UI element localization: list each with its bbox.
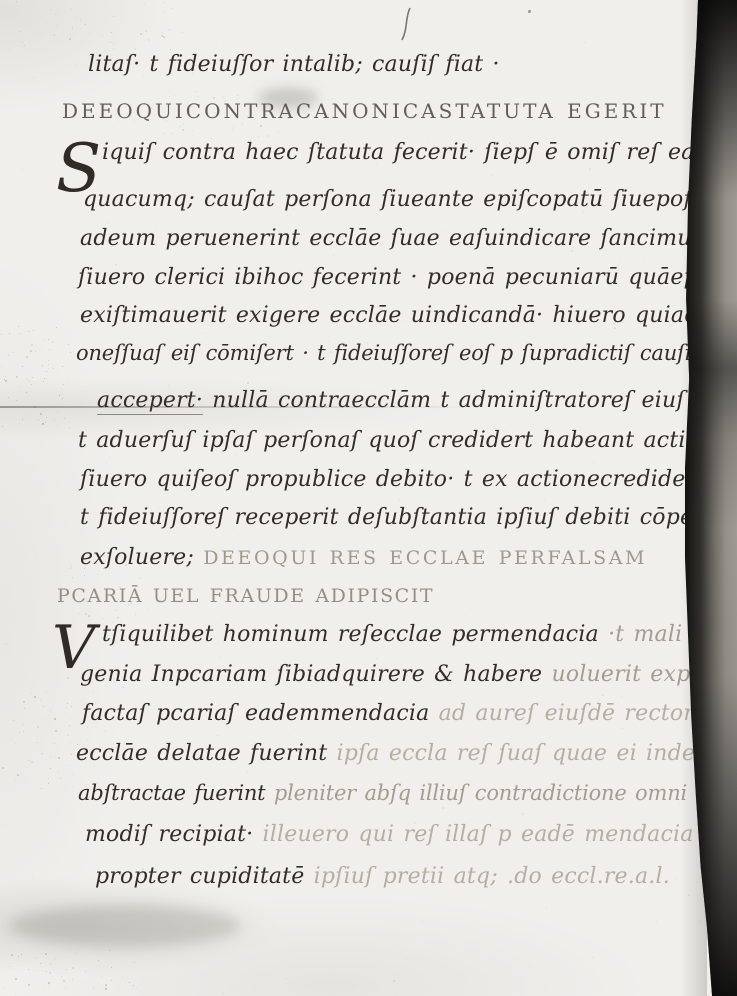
parchment-speck [421,921,423,923]
parchment-speck [69,765,70,766]
parchment-speck [104,107,105,108]
manuscript-line: exſoluere; DEEOQUI RES ECCLAE PERFALSAM [80,545,647,570]
underlined-word: accepert· [97,388,203,415]
parchment-speck [103,568,104,569]
parchment-speck [37,742,38,743]
parchment-speck [708,760,709,761]
parchment-speck [72,967,74,969]
parchment-speck [204,119,205,120]
bottom-smudge [10,905,240,947]
manuscript-line: factaſ pcariaſ eademmendacia ad aureſ ei… [82,701,701,726]
parchment-speck [140,33,142,35]
parchment-speck [40,963,41,964]
parchment-speck [54,718,56,720]
parchment-speck [87,727,88,728]
parchment-speck [397,241,398,242]
parchment-speck [143,75,144,76]
parchment-speck [425,887,426,888]
parchment-speck [439,240,440,241]
manuscript-line: t aduerſuſ ipſaſ perſonaſ quoſ credidert… [78,428,727,453]
parchment-speck [666,392,667,393]
parchment-speck [602,694,604,696]
parchment-speck [518,280,520,282]
parchment-speck [88,292,89,293]
parchment-speck [27,788,28,789]
parchment-speck [85,24,86,25]
parchment-speck [66,969,67,970]
parchment-speck [32,877,33,878]
parchment-speck [735,292,736,293]
parchment-speck [43,989,44,990]
line-text: ſiuero clerici ibihoc fecerint · poenā p… [78,265,706,290]
parchment-speck [653,721,654,722]
parchment-speck [237,95,238,96]
parchment-speck [78,613,79,614]
parchment-speck [164,133,165,134]
parchment-speck [66,707,67,708]
parchment-speck [376,164,377,165]
parchment-speck [336,514,337,515]
parchment-speck [48,364,49,365]
parchment-speck [622,728,623,729]
parchment-speck [148,39,150,41]
parchment-speck [37,736,38,737]
parchment-speck [700,921,701,922]
parchment-speck [732,414,733,415]
parchment-speck [328,341,329,342]
parchment-speck [31,344,33,346]
parchment-speck [633,878,634,879]
parchment-speck [5,376,6,377]
parchment-speck [55,13,56,14]
parchment-speck [404,90,405,91]
parchment-speck [685,144,686,145]
parchment-speck [29,760,30,761]
parchment-speck [260,125,262,127]
parchment-speck [491,175,492,176]
parchment-speck [70,568,71,569]
parchment-speck [5,380,7,382]
parchment-speck [50,710,51,711]
manuscript-line: adeum peruenerint ecclāe ſuae eaſuindica… [80,226,707,251]
parchment-speck [22,42,23,43]
parchment-speck [66,982,67,983]
parchment-speck [43,706,44,707]
parchment-speck [286,978,287,979]
parchment-speck [163,36,165,38]
parchment-speck [56,24,57,25]
parchment-speck [43,381,44,382]
line-text: tſiquilibet hominum reſecclae permendaci… [102,622,599,647]
parchment-speck [574,742,575,743]
parchment-speck [108,966,109,967]
parchment-speck [66,618,67,619]
faded-line-text: ad aureſ eiuſdē rectori [429,701,701,726]
parchment-speck [2,426,3,427]
parchment-speck [233,528,234,529]
parchment-speck [48,982,50,984]
parchment-speck [59,395,60,396]
parchment-speck [584,379,585,380]
parchment-speck [72,786,73,787]
parchment-speck [94,766,95,767]
parchment-speck [102,790,103,791]
parchment-speck [110,42,111,43]
parchment-speck [577,263,578,264]
parchment-speck [67,677,69,679]
parchment-speck [22,169,23,170]
parchment-speck [589,168,591,170]
parchment-speck [690,234,691,235]
parchment-speck [593,461,595,463]
parchment-speck [644,260,645,261]
rubric-heading-faded: PCARIĀ UEL FRAUDE ADIPISCIT [57,585,434,607]
parchment-speck [31,761,33,763]
line-text: DEEOQUICONTRACANONICASTATUTA EGERIT [62,99,667,123]
parchment-speck [109,950,110,951]
parchment-speck [68,735,69,736]
parchment-speck [322,890,323,891]
parchment-speck [103,35,104,36]
parchment-speck [641,548,642,549]
parchment-speck [63,980,65,982]
parchment-speck [133,548,134,549]
parchment-speck [117,617,119,619]
parchment-speck [64,418,65,419]
parchment-speck [118,599,119,600]
parchment-speck [44,339,45,340]
parchment-speck [19,31,20,32]
parchment-speck [696,882,697,883]
parchment-speck [192,73,193,74]
parchment-speck [226,118,227,119]
parchment-speck [574,642,575,643]
parchment-speck [38,717,39,718]
parchment-speck [605,155,607,157]
parchment-speck [50,768,51,769]
parchment-speck [705,287,706,288]
line-text: quacumq; cauſat perſona ſiueante epiſcop… [83,187,727,212]
parchment-speck [34,406,36,408]
parchment-speck [578,54,579,55]
parchment-speck [24,708,25,709]
parchment-speck [40,699,41,700]
parchment-speck [134,121,135,122]
parchment-speck [732,949,733,950]
parchment-speck [22,419,23,420]
parchment-speck [211,138,212,139]
parchment-speck [58,757,60,759]
parchment-speck [368,796,369,797]
parchment-speck [616,480,617,481]
parchment-speck [20,387,21,388]
parchment-speck [42,365,43,366]
parchment-speck [2,50,3,51]
parchment-speck [247,772,248,773]
parchment-speck [235,107,236,108]
parchment-speck [399,500,400,501]
parchment-speck [366,342,368,344]
parchment-speck [23,406,24,407]
parchment-speck [65,575,66,576]
parchment-speck [172,133,173,134]
parchment-speck [65,987,66,988]
parchment-speck [445,231,446,232]
parchment-speck [571,250,573,252]
parchment-speck [733,850,735,852]
parchment-speck [93,691,94,692]
manuscript-line: accepert· nullā contraecclām t adminiſtr… [97,388,685,413]
line-text: t fideiuſſoreſ receperit deſubſtantia ip… [80,505,735,530]
parchment-speck [148,609,149,610]
parchment-speck [134,48,136,50]
parchment-speck [446,118,447,119]
parchment-speck [410,631,411,632]
parchment-speck [211,189,212,190]
parchment-speck [63,384,64,385]
parchment-speck [51,9,52,10]
parchment-speck [46,759,47,760]
rubric-heading: DEEOQUICONTRACANONICASTATUTA EGERIT [62,99,667,123]
parchment-speck [38,419,39,420]
parchment-speck [29,834,30,835]
parchment-speck [41,788,42,789]
manuscript-line: oneſſuaſ eiſ cōmiſert · t fideiuſſoreſ e… [76,341,699,365]
parchment-speck [58,772,59,773]
parchment-speck [414,822,416,824]
parchment-speck [2,767,4,769]
parchment-speck [188,718,189,719]
parchment-speck [186,782,187,783]
rubric-heading-faded: DEEOQUI RES ECCLAE PERFALSAM [203,547,647,569]
line-text: propter cupiditatē [95,864,304,889]
parchment-speck [242,124,243,125]
parchment-speck [9,966,10,967]
parchment-speck [46,50,47,51]
parchment-speck [136,601,137,602]
parchment-speck [23,731,24,732]
parchment-speck [293,208,294,209]
parchment-speck [685,947,686,948]
line-text: PCARIĀ UEL FRAUDE ADIPISCIT [57,585,434,607]
manuscript-line: exiſtimauerit exigere ecclāe uindicandā·… [80,303,713,328]
parchment-speck [56,327,57,328]
parchment-speck [55,958,56,959]
parchment-speck [15,978,17,980]
manuscript-line: litaſ· t fideiuſſor intalib; cauſiſ fiat… [88,52,500,77]
parchment-speck [101,976,102,977]
parchment-speck [84,575,85,576]
parchment-speck [33,330,34,331]
parchment-speck [379,712,380,713]
parchment-speck [43,423,44,424]
parchment-speck [6,436,7,437]
parchment-speck [311,488,312,489]
parchment-speck [235,454,236,455]
manuscript-line: tſiquilibet hominum reſecclae permendaci… [102,622,713,647]
parchment-speck [217,735,218,736]
parchment-speck [115,264,117,266]
parchment-speck [45,719,46,720]
parchment-speck [180,126,181,127]
parchment-speck [294,432,296,434]
parchment-speck [634,694,635,695]
parchment-speck [190,105,192,107]
parchment-speck [93,987,94,988]
line-text: oneſſuaſ eiſ cōmiſert · t fideiuſſoreſ e… [76,341,699,365]
parchment-speck [52,341,54,343]
parchment-speck [197,96,198,97]
parchment-speck [88,615,90,617]
line-text: abſtractae fuerint [78,781,265,805]
parchment-speck [82,982,83,983]
parchment-speck [164,2,165,3]
parchment-speck [77,744,78,745]
parchment-speck [169,96,170,97]
line-text: genia Inpcariam ſibiadquirere & habere [80,662,542,687]
parchment-speck [113,16,114,17]
parchment-speck [71,566,72,567]
parchment-speck [28,969,29,970]
parchment-speck [331,98,333,100]
parchment-speck [180,445,181,446]
parchment-speck [394,839,395,840]
parchment-speck [517,965,518,966]
parchment-speck [111,980,112,981]
parchment-speck [5,722,6,723]
parchment-speck [45,422,46,423]
parchment-speck [553,341,554,342]
parchment-speck [281,112,282,113]
parchment-speck [67,733,68,734]
parchment-speck [9,333,10,334]
parchment-speck [223,96,224,97]
parchment-speck [708,201,709,202]
parchment-speck [171,8,172,9]
parchment-speck [614,327,616,329]
parchment-speck [87,739,88,740]
parchment-speck [139,578,140,579]
parchment-speck [35,351,36,352]
parchment-speck [42,970,43,971]
parchment-speck [309,746,310,747]
parchment-speck [34,721,35,722]
parchment-speck [76,65,77,66]
manuscript-line: quacumq; cauſat perſona ſiueante epiſcop… [83,187,727,212]
parchment-speck [16,400,17,401]
parchment-speck [154,36,155,37]
parchment-speck [129,982,130,983]
parchment-speck [48,783,49,784]
parchment-speck [728,424,729,425]
parchment-speck [115,610,116,611]
parchment-speck [442,807,444,809]
parchment-speck [558,127,559,128]
parchment-speck [510,425,511,426]
parchment-speck [54,419,55,420]
parchment-speck [715,417,717,419]
faded-line-text: uoluerit exp [542,662,690,687]
parchment-speck [120,563,121,564]
parchment-speck [440,194,441,195]
parchment-speck [171,365,172,366]
parchment-speck [219,656,220,657]
parchment-speck [222,992,224,994]
parchment-speck [247,116,248,117]
parchment-speck [122,977,123,978]
parchment-speck [300,271,301,272]
parchment-speck [441,360,442,361]
parchment-speck [55,756,56,757]
parchment-speck [71,8,72,9]
parchment-speck [420,340,421,341]
parchment-speck [21,990,22,991]
parchment-speck [623,678,624,679]
parchment-speck [41,753,43,755]
parchment-speck [247,382,249,384]
parchment-speck [157,134,158,135]
parchment-speck [84,568,85,569]
parchment-speck [111,967,112,968]
stray-pen-mark [396,6,418,42]
parchment-speck [635,594,636,595]
parchment-speck [113,48,114,49]
parchment-speck [192,130,193,131]
parchment-speck [472,102,473,103]
parchment-speck [96,722,97,723]
parchment-speck [521,345,522,346]
parchment-speck [544,486,545,487]
parchment-speck [23,701,25,703]
parchment-speck [23,724,24,725]
parchment-speck [406,957,407,958]
parchment-speck [16,376,18,378]
parchment-speck [377,272,378,273]
parchment-speck [227,739,228,740]
parchment-speck [546,908,547,909]
parchment-speck [1,334,2,335]
parchment-speck [405,423,406,424]
parchment-speck [67,381,68,382]
parchment-speck [430,875,431,876]
parchment-speck [81,758,83,760]
parchment-speck [85,613,87,615]
parchment-speck [133,237,134,238]
parchment-speck [104,730,106,732]
parchment-speck [179,54,180,55]
parchment-speck [62,366,63,367]
parchment-speck [61,976,62,977]
line-text: ecclāe delatae fuerint [76,741,327,766]
parchment-speck [95,562,97,564]
parchment-speck [232,129,233,130]
parchment-speck [122,686,124,688]
parchment-speck [579,866,580,867]
parchment-speck [50,757,51,758]
line-text: exiſtimauerit exigere ecclāe uindicandā·… [80,303,713,328]
parchment-speck [31,693,32,694]
parchment-speck [217,622,218,623]
parchment-speck [355,545,356,546]
parchment-speck [269,718,270,719]
parchment-speck [113,126,114,127]
parchment-speck [21,954,22,955]
parchment-speck [237,111,238,112]
parchment-speck [8,355,9,356]
parchment-speck [26,392,27,393]
parchment-speck [565,968,566,969]
parchment-speck [656,921,657,922]
